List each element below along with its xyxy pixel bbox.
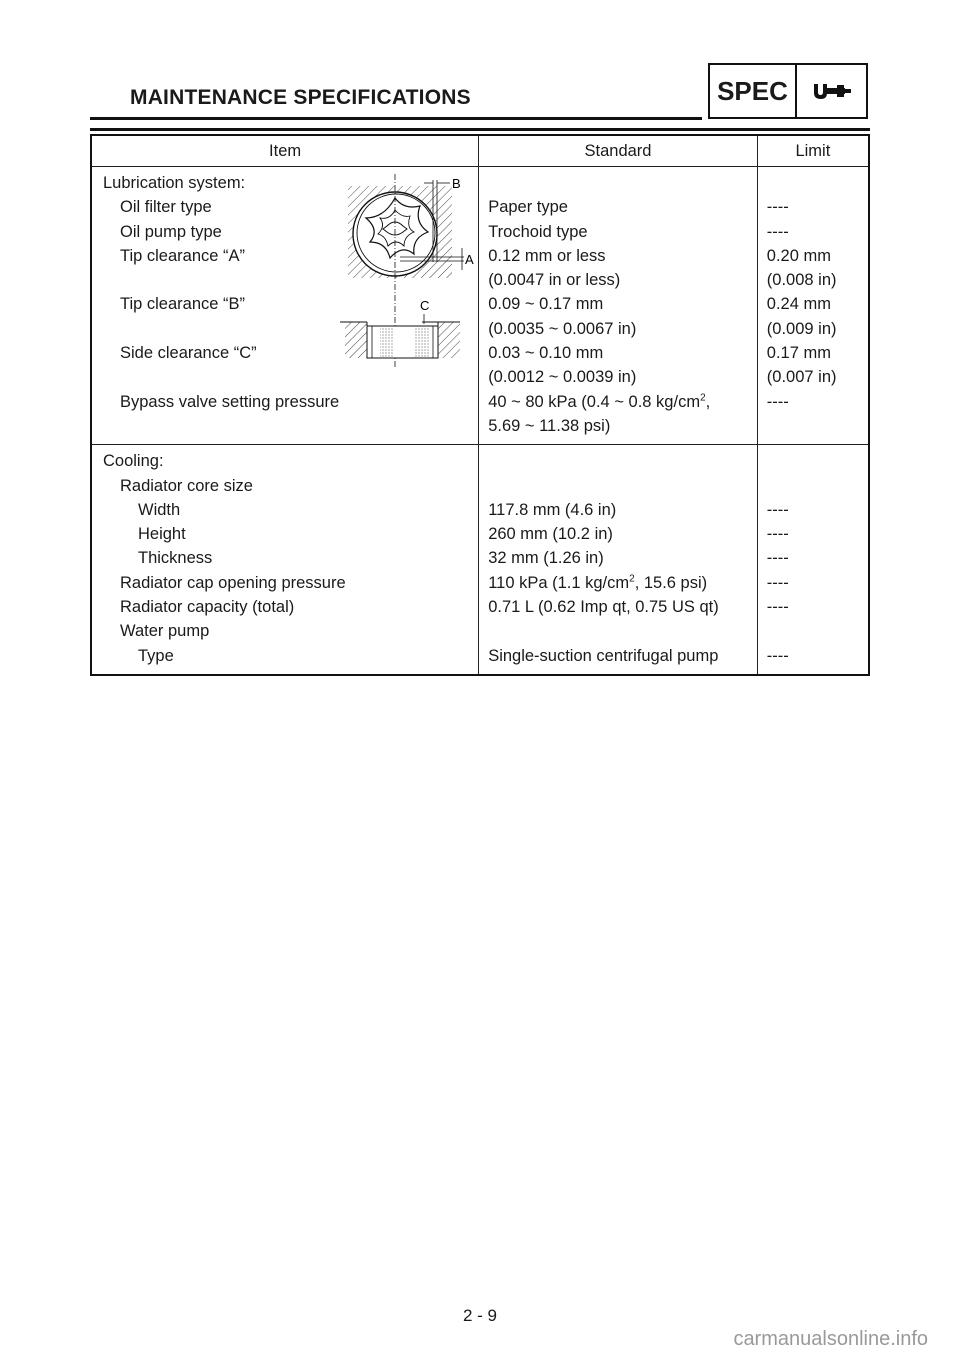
standard-value: Trochoid type <box>488 220 757 244</box>
item-label: Radiator core size <box>92 474 478 498</box>
oil-pump-clearance-diagram: B A C <box>340 172 480 368</box>
standard-value: (0.0035 ~ 0.0067 in) <box>488 317 757 341</box>
standard-value: Single-suction centrifugal pump <box>488 644 757 668</box>
limit-value: ---- <box>767 522 868 546</box>
item-label: Width <box>92 498 478 522</box>
limit-value: ---- <box>767 546 868 570</box>
col-limit: Limit <box>757 135 869 167</box>
limit-value: 0.24 mm <box>767 292 868 316</box>
svg-text:A: A <box>465 252 474 267</box>
standard-value: 260 mm (10.2 in) <box>488 522 757 546</box>
limit-value: ---- <box>767 644 868 668</box>
limit-value: ---- <box>767 390 868 414</box>
standard-value: 117.8 mm (4.6 in) <box>488 498 757 522</box>
limit-value: (0.009 in) <box>767 317 868 341</box>
limit-col: ---- ---- 0.20 mm (0.008 in) 0.24 mm (0.… <box>757 167 869 445</box>
lubrication-section: Lubrication system: Oil filter type Oil … <box>91 167 869 445</box>
standard-col: Paper type Trochoid type 0.12 mm or less… <box>479 167 758 445</box>
standard-value: 40 ~ 80 kPa (0.4 ~ 0.8 kg/cm2, <box>488 390 757 414</box>
table-header-row: Item Standard Limit <box>91 135 869 167</box>
item-label: Thickness <box>92 546 478 570</box>
limit-value: 0.20 mm <box>767 244 868 268</box>
item-label: Radiator cap opening pressure <box>92 571 478 595</box>
item-label: Water pump <box>92 619 478 643</box>
limit-value: (0.007 in) <box>767 365 868 389</box>
limit-value: 0.17 mm <box>767 341 868 365</box>
standard-value: 110 kPa (1.1 kg/cm2, 15.6 psi) <box>488 571 757 595</box>
item-label: Height <box>92 522 478 546</box>
standard-value: 0.09 ~ 0.17 mm <box>488 292 757 316</box>
limit-value: ---- <box>767 571 868 595</box>
limit-value: ---- <box>767 220 868 244</box>
standard-value: 0.03 ~ 0.10 mm <box>488 341 757 365</box>
col-item: Item <box>91 135 479 167</box>
item-col: Cooling: Radiator core size Width Height… <box>91 445 479 675</box>
standard-value: 32 mm (1.26 in) <box>488 546 757 570</box>
standard-value: 0.71 L (0.62 Imp qt, 0.75 US qt) <box>488 595 757 619</box>
limit-value: (0.008 in) <box>767 268 868 292</box>
item-label: Radiator capacity (total) <box>92 595 478 619</box>
col-standard: Standard <box>479 135 758 167</box>
standard-value: (0.0047 in or less) <box>488 268 757 292</box>
header-rule <box>90 117 702 120</box>
section-heading: Cooling: <box>92 449 478 473</box>
page-number: 2 - 9 <box>0 1306 960 1326</box>
standard-value: 0.12 mm or less <box>488 244 757 268</box>
page-title: MAINTENANCE SPECIFICATIONS <box>130 86 471 110</box>
standard-col: 117.8 mm (4.6 in) 260 mm (10.2 in) 32 mm… <box>479 445 758 675</box>
watermark: carmanualsonline.info <box>733 1328 928 1351</box>
limit-col: ---- ---- ---- ---- ---- ---- <box>757 445 869 675</box>
item-label: Type <box>92 644 478 668</box>
limit-value: ---- <box>767 595 868 619</box>
limit-value: ---- <box>767 195 868 219</box>
item-label: Bypass valve setting pressure <box>92 390 478 414</box>
standard-value: (0.0012 ~ 0.0039 in) <box>488 365 757 389</box>
micrometer-icon <box>797 65 866 117</box>
header-rule-bottom <box>90 128 870 131</box>
cooling-section: Cooling: Radiator core size Width Height… <box>91 445 869 675</box>
standard-value: Paper type <box>488 195 757 219</box>
spec-badge: SPEC <box>708 63 868 119</box>
spec-label: SPEC <box>710 65 797 117</box>
svg-text:B: B <box>452 176 461 191</box>
limit-value: ---- <box>767 498 868 522</box>
standard-value: 5.69 ~ 11.38 psi) <box>488 414 757 438</box>
svg-text:C: C <box>420 298 429 313</box>
spec-table: Item Standard Limit Lubrication system: … <box>90 134 870 676</box>
